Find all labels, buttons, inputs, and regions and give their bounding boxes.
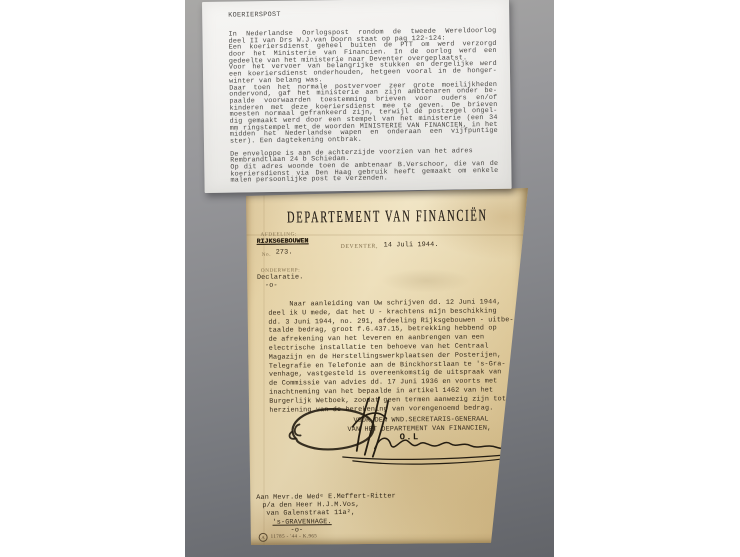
- note-line: malen persoonlijke post te verzenden.: [230, 174, 498, 184]
- letter-content: DEPARTEMENT VAN FINANCIËN AFDEELING: RIJ…: [245, 185, 532, 545]
- typed-note-paper: KOERIERSPOST In Nederlandse Oorlogspost …: [202, 0, 512, 193]
- form-footer: A 11785 - '44 - K.965: [259, 532, 318, 542]
- letterhead-title: DEPARTEMENT VAN FINANCIËN: [286, 205, 487, 227]
- note-heading: KOERIERSPOST: [228, 11, 281, 20]
- circled-a-icon: A: [259, 533, 268, 542]
- recipient-block: Aan Mevr.de Wedᵉ E.Meffert-Ritter p/a de…: [256, 492, 396, 534]
- date-value: 14 Juli 1944.: [384, 241, 439, 250]
- number-value: 273.: [276, 249, 293, 257]
- afdeeling-value: RIJKSGEBOUWEN: [257, 237, 309, 245]
- signature-ink: [282, 395, 528, 478]
- letter-paper: DEPARTEMENT VAN FINANCIËN AFDEELING: RIJ…: [245, 188, 528, 545]
- subject-value: Declaratie.: [257, 273, 304, 281]
- number-label: No.: [262, 252, 271, 258]
- place-label: DEVENTER,: [341, 244, 379, 250]
- note-text-block: In Nederlandse Oorlogspost rondom de twe…: [228, 28, 498, 185]
- photo-of-documents: KOERIERSPOST In Nederlandse Oorlogspost …: [0, 0, 740, 557]
- subject-dash: -o-: [265, 282, 278, 290]
- form-number: 11785 - '44 - K.965: [271, 534, 318, 539]
